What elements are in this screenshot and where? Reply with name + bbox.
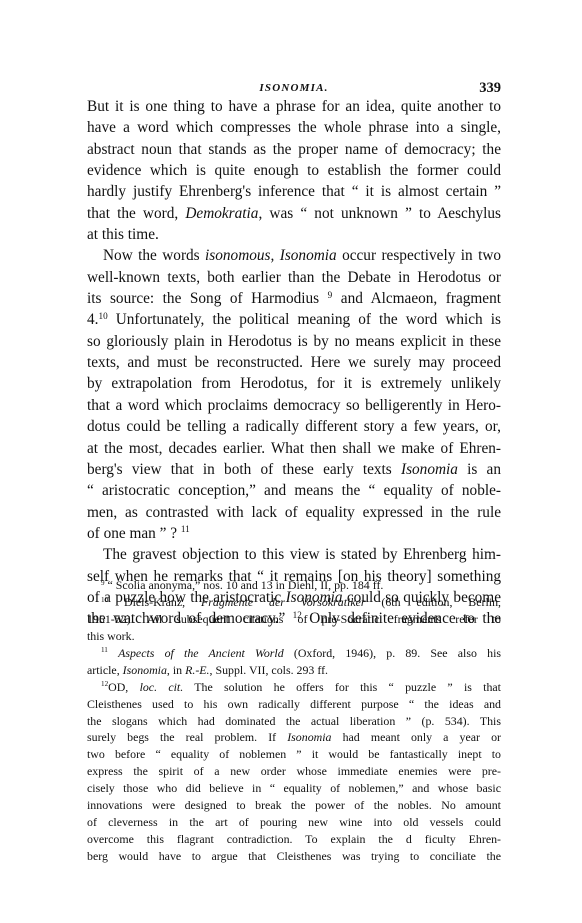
text-line: two before “ equality of noblemen ” it w… (87, 746, 501, 763)
book-page: ISONOMIA. 339 But it is one thing to hav… (0, 0, 582, 923)
text-run: is an (458, 461, 501, 478)
text-line: evidence which is quite enough to establ… (87, 160, 501, 181)
italic-term: loc. cit. (140, 680, 184, 694)
text-line: overcome this flagrant contradiction. To… (87, 831, 501, 848)
text-line: by extrapolation from Herodotus, for it … (87, 373, 501, 394)
footnote-ref[interactable]: 10 (98, 311, 107, 321)
text-run: The solution he offers for this “ puzzle… (183, 680, 501, 694)
text-run: (Oxford, 1946), p. 89. See also his (284, 646, 501, 660)
footnote-10: 10 Diels-Kranz, Fragmente der Vorsokrati… (87, 594, 501, 611)
footnote-number: 11 (101, 646, 108, 654)
text-line: 1951-52). All subsequent citations of pr… (87, 611, 501, 628)
text-run: , in (167, 663, 185, 677)
text-line: so gloriously plain in Herodotus is by n… (87, 331, 501, 352)
text-run: (6th edition, Berlin, (366, 595, 502, 609)
text-line: this work. (87, 628, 501, 645)
running-title: ISONOMIA. (87, 82, 501, 94)
text-line: of cleverness in the art of pouring new … (87, 814, 501, 831)
text-line: The gravest objection to this view is st… (87, 544, 501, 565)
text-line: have a word which compresses the whole p… (87, 117, 501, 138)
text-line: berg's view that in both of these early … (87, 459, 501, 480)
footnote-ref[interactable]: 11 (181, 524, 190, 534)
text-line: at the most, decades earlier. What then … (87, 438, 501, 459)
text-line: that the word, Demokratia, was “ not unk… (87, 203, 501, 224)
footnote-ref[interactable]: 9 (328, 290, 333, 300)
footnote-12: 12OD, loc. cit. The solution he offers f… (87, 679, 501, 696)
footnote-number: 9 (101, 579, 105, 587)
text-run: OD, (108, 680, 139, 694)
footnote-number: 12 (101, 680, 108, 688)
text-line: Cleisthenes used to his own radically di… (87, 696, 501, 713)
italic-term: R.-E. (185, 663, 209, 677)
text-line: men, as contrasted with lack of equality… (87, 502, 501, 523)
footnotes: 9 “ Scolia anonyma,” nos. 10 and 13 in D… (87, 577, 501, 865)
text-run: occur respectively in two (337, 247, 501, 264)
text-line: express the spirit of a new order whose … (87, 763, 501, 780)
text-run: had meant only a year or (331, 730, 501, 744)
text-line: well-known texts, both earlier than the … (87, 267, 501, 288)
text-run: and Alcmaeon, fragment (332, 290, 501, 307)
main-text: But it is one thing to have a phrase for… (87, 96, 501, 630)
italic-title: Aspects of the Ancient World (118, 646, 284, 660)
text-line: texts, and must be reconstructed. Here w… (87, 352, 501, 373)
text-line: 4.10 Unfortunately, the political meanin… (87, 309, 501, 330)
text-run: that the word, (87, 205, 185, 222)
text-run: Diels-Kranz, (124, 595, 201, 609)
text-line: cisely those who did believe in “ equali… (87, 780, 501, 797)
text-run: of one man ” ? (87, 525, 181, 542)
footnote-9: 9 “ Scolia anonyma,” nos. 10 and 13 in D… (87, 577, 501, 594)
text-run: berg's view that in both of these early … (87, 461, 401, 478)
text-line: dotus could be telling a radically diffe… (87, 416, 501, 437)
italic-title: Fragmente der Vorsokratiker (201, 595, 366, 609)
text-line: the slogans which had dominated the actu… (87, 713, 501, 730)
text-run: “ Scolia anonyma,” nos. 10 and 13 in Die… (108, 578, 384, 592)
text-line: hardly justify Ehrenberg's inference tha… (87, 181, 501, 202)
page-number: 339 (479, 80, 501, 97)
text-run: article, (87, 663, 123, 677)
text-line: of one man ” ? 11 (87, 523, 501, 544)
italic-term: Demokratia (185, 205, 258, 222)
text-run: , Suppl. VII, cols. 293 ff. (210, 663, 328, 677)
italic-term: isonomous, Isonomia (205, 247, 337, 264)
text-line: article, Isonomia, in R.-E., Suppl. VII,… (87, 662, 501, 679)
text-line: “ aristocratic conception,” and means th… (87, 480, 501, 501)
text-line: its source: the Song of Harmodius 9 and … (87, 288, 501, 309)
text-run: Now the words (103, 247, 205, 264)
text-run: , was “ not unknown ” to Aeschylus (258, 205, 501, 222)
text-line: Now the words isonomous, Isonomia occur … (87, 245, 501, 266)
italic-term: Isonomia (287, 730, 331, 744)
footnote-number: 10 (101, 596, 108, 604)
text-run: its source: the Song of Harmodius (87, 290, 328, 307)
text-line: But it is one thing to have a phrase for… (87, 96, 501, 117)
text-line: abstract noun that stands as the proper … (87, 139, 501, 160)
text-line: innovations were designed to break the p… (87, 797, 501, 814)
italic-term: Isonomia (401, 461, 458, 478)
text-line: that a word which proclaims democracy so… (87, 395, 501, 416)
italic-term: Isonomia (123, 663, 167, 677)
text-line: surely begs the real problem. If Isonomi… (87, 729, 501, 746)
text-run: Unfortunately, the political meaning of … (108, 311, 501, 328)
text-run: 4. (87, 311, 98, 328)
text-line: berg would have to argue that Cleisthene… (87, 848, 501, 865)
text-run: surely begs the real problem. If (87, 730, 287, 744)
text-line: at this time. (87, 224, 501, 245)
footnote-11: 11 Aspects of the Ancient World (Oxford,… (87, 645, 501, 662)
